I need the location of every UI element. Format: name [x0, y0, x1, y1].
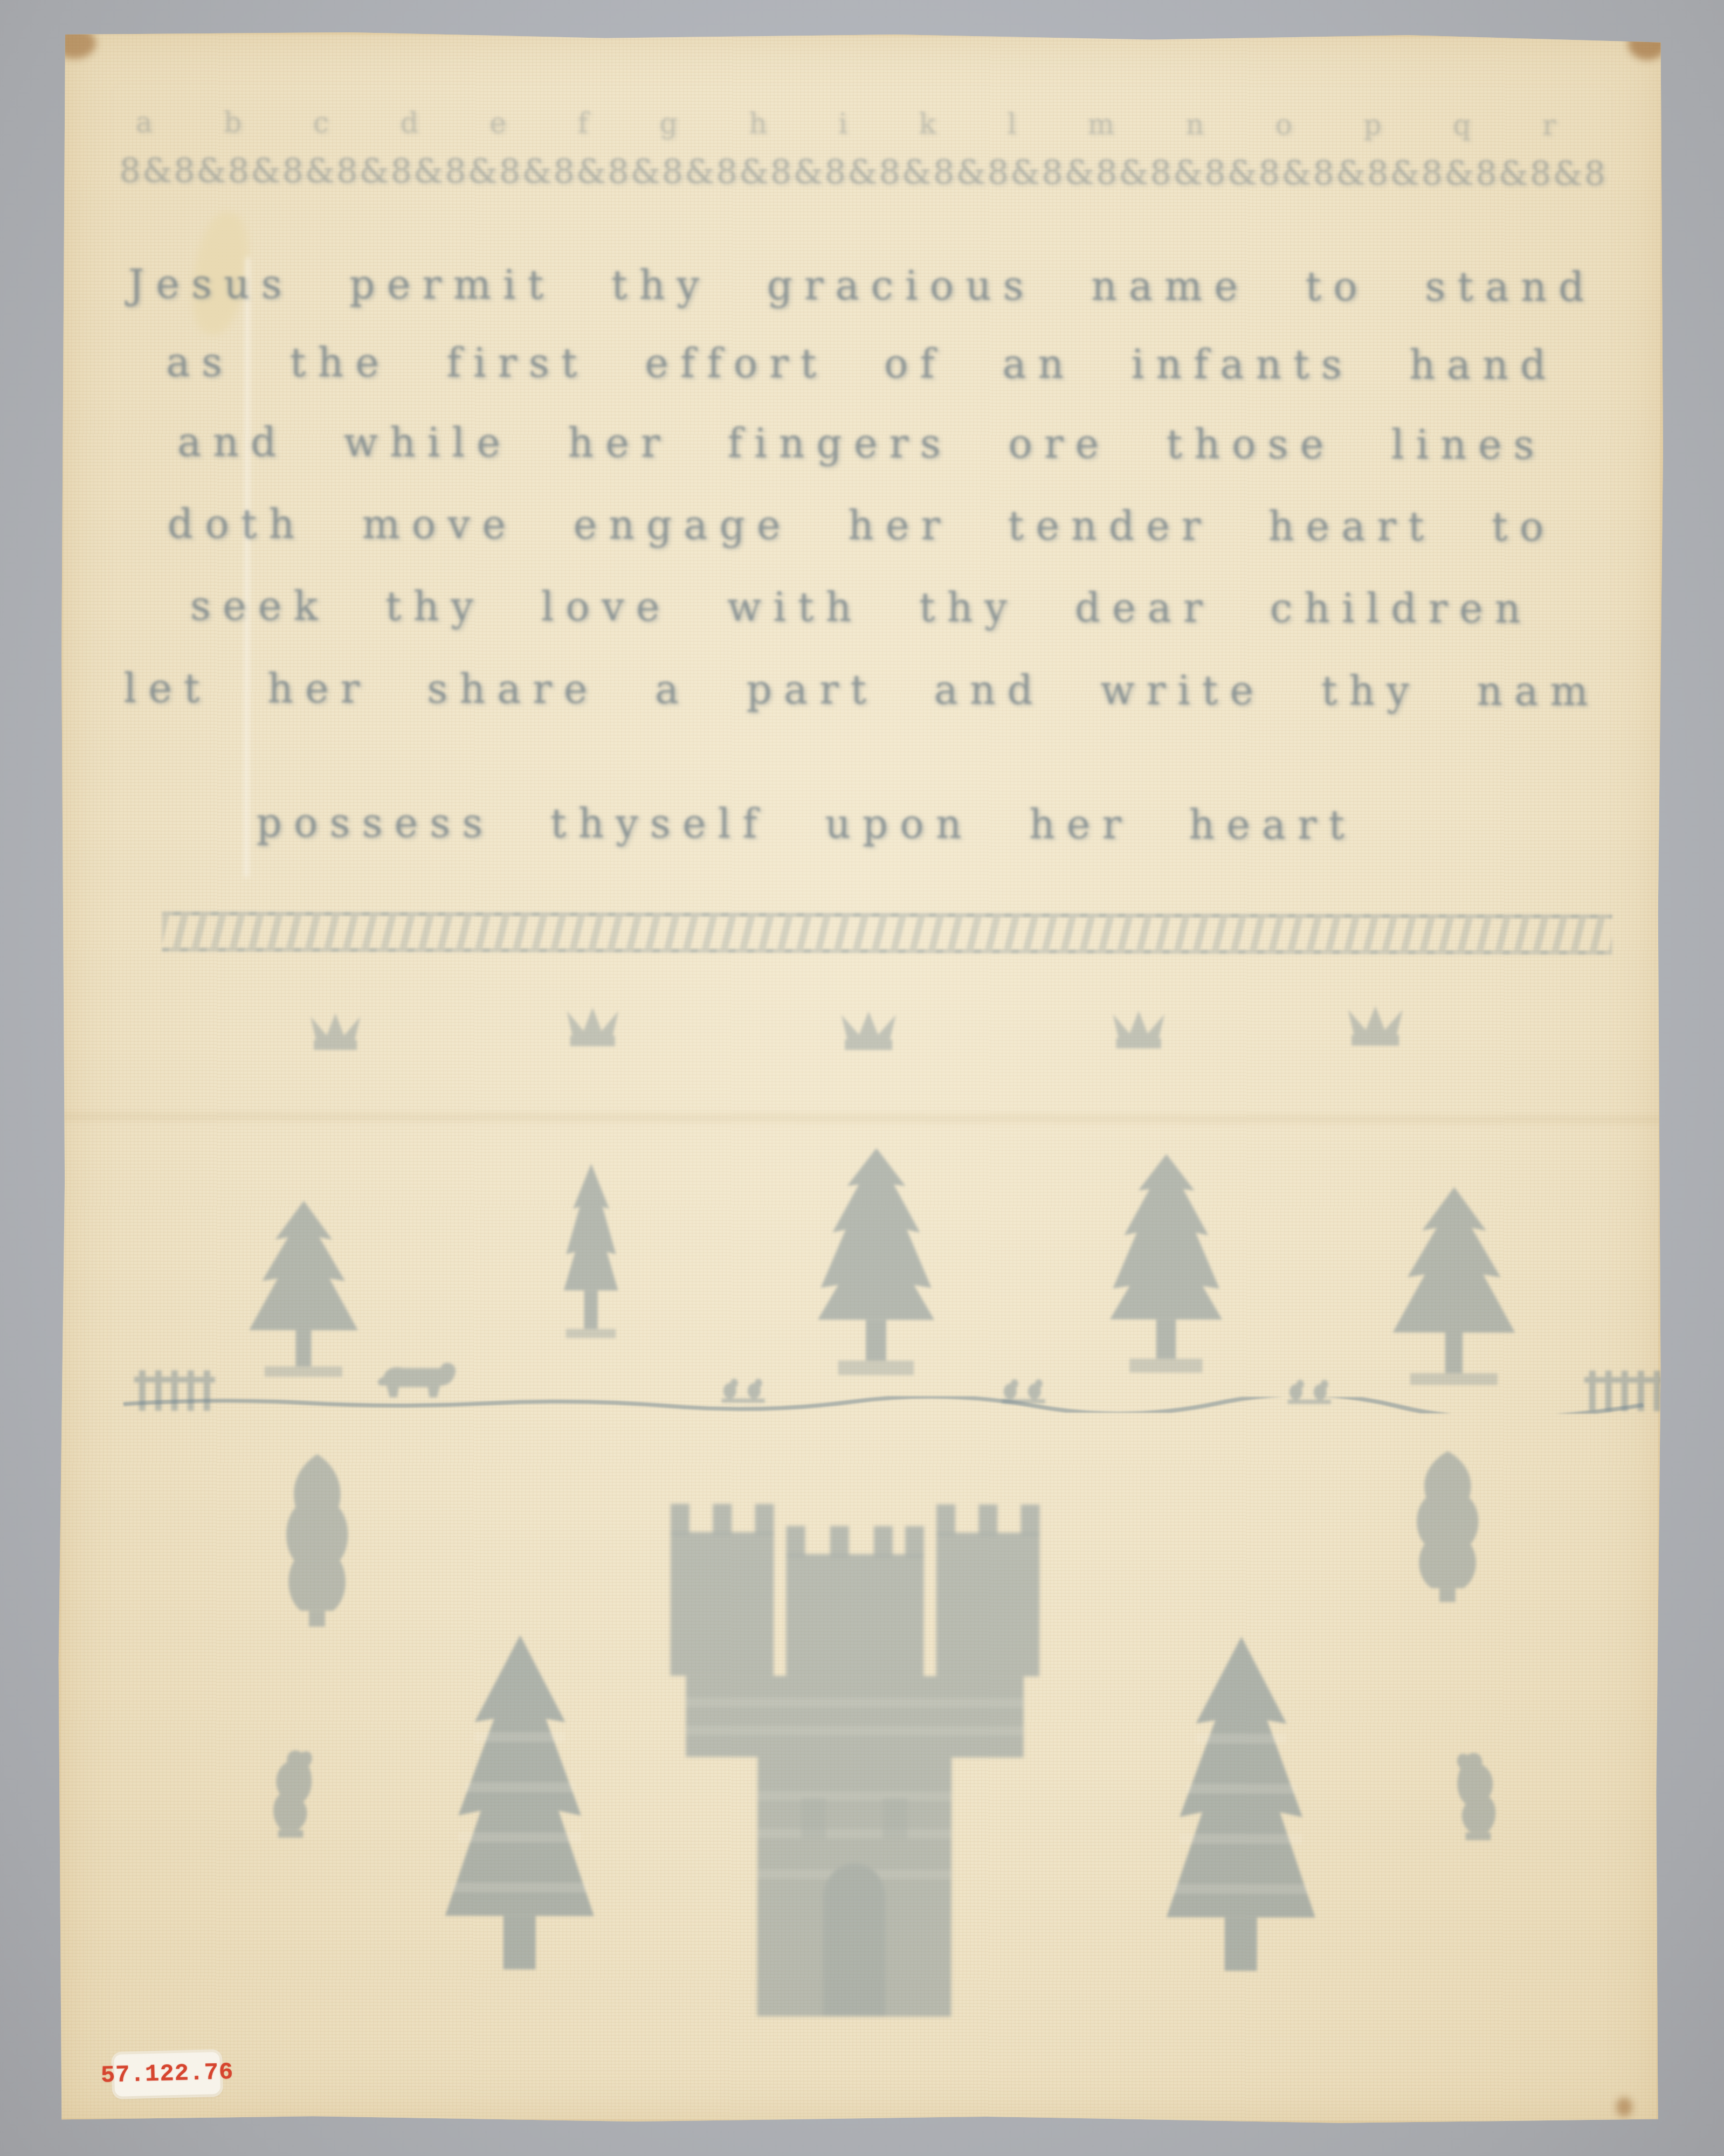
bush-motif [1407, 1451, 1488, 1602]
bush-motif [277, 1454, 358, 1627]
crown-motif [1111, 1008, 1167, 1048]
squirrel-motif [264, 1745, 318, 1840]
squirrel-motif [1451, 1747, 1505, 1842]
crown-motif [564, 1005, 620, 1046]
fir-motif [1160, 1636, 1322, 1971]
bigtree-motif [803, 1148, 949, 1381]
castle-motif [666, 1485, 1043, 2016]
crown-motif [1346, 1004, 1405, 1046]
photo-background: a b c d e f g h i k l m n o p q r s t u … [0, 0, 1724, 2156]
pictorial-motifs [56, 31, 1665, 2125]
pine-motif [239, 1201, 369, 1383]
crown-motif [839, 1009, 898, 1050]
poplar-motif [534, 1164, 648, 1345]
accession-number: 57.122.76 [100, 2059, 234, 2089]
crown-motif [308, 1011, 362, 1050]
fir-motif [439, 1635, 601, 1970]
groundline-motif [123, 1394, 1644, 1414]
bigtree-motif [1096, 1154, 1237, 1379]
sampler-fabric: a b c d e f g h i k l m n o p q r s t u … [56, 31, 1665, 2125]
pine-motif [1381, 1187, 1527, 1391]
accession-label: 57.122.76 [114, 2052, 220, 2097]
